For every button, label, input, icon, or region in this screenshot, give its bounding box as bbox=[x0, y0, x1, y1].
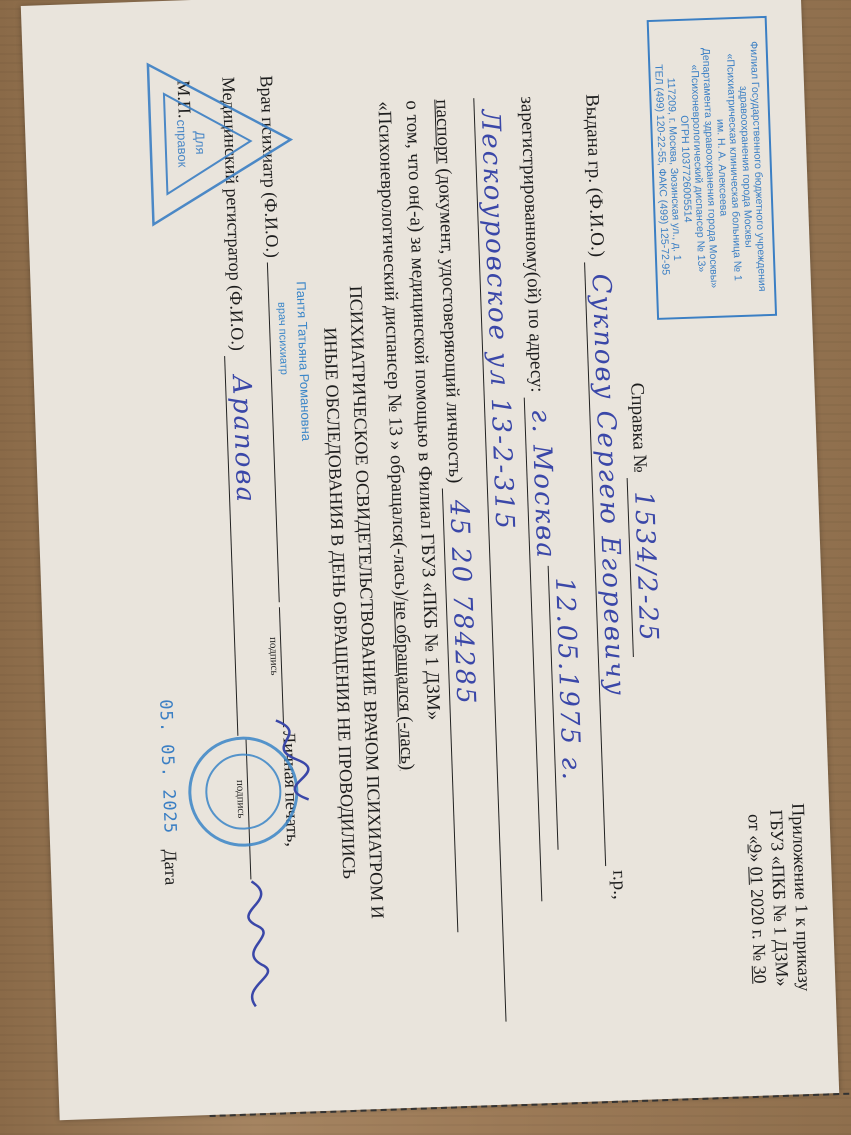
triangle-stamp-text-1: Для bbox=[192, 130, 208, 154]
appendix-day: 9 bbox=[745, 843, 765, 853]
address-label: зарегистрированному(ой) по адресу: bbox=[516, 95, 547, 392]
registrar-signature-icon bbox=[221, 875, 286, 1017]
full-name-value: Сукповy Сергею Егоревичу bbox=[584, 261, 636, 866]
certificate-number: 1534/2-25 bbox=[627, 476, 664, 656]
certificate-title: Справка № 1534/2-25 bbox=[624, 382, 664, 657]
appendix-note: Приложение 1 к приказу ГБУЗ «ПКБ № 1 ДЗМ… bbox=[741, 746, 817, 1048]
psychiatrist-stamp-name: Пантя Татьяна Романовна bbox=[294, 281, 315, 441]
passport-label: паспорт bbox=[431, 98, 454, 163]
passport-label-rest: (документ, удостоверяющий личность) bbox=[434, 167, 466, 483]
institution-stamp: Филиал Государственного бюджетного учреж… bbox=[647, 15, 777, 319]
triangle-stamp-text-2: справок bbox=[174, 119, 191, 167]
appendix-mid: » bbox=[746, 852, 766, 862]
psychiatrist-signature-field: подпись bbox=[279, 606, 306, 727]
appendix-year: 2020 г. № bbox=[747, 888, 770, 961]
certificate-document: Филиал Государственного бюджетного учреж… bbox=[31, 0, 828, 1102]
signature-caption: подпись bbox=[267, 636, 280, 675]
appendix-prefix: от « bbox=[744, 813, 765, 844]
birth-label: г.р., bbox=[608, 869, 630, 899]
psychiatrist-name-field: Пантя Татьяна Романовна врач психиатр bbox=[267, 261, 302, 602]
triangle-stamp: Для справок bbox=[143, 54, 299, 229]
certificate-sheet: Филиал Государственного бюджетного учреж… bbox=[21, 0, 839, 1120]
date-value: 05. 05. 2025 bbox=[155, 698, 180, 833]
psychiatrist-signature-icon bbox=[256, 714, 319, 806]
registrar-name-value: Арапова bbox=[224, 354, 268, 735]
date-label: Дата bbox=[159, 848, 181, 885]
appendix-order-number: 30 bbox=[750, 965, 771, 984]
psychiatrist-stamp-title: врач психиатр bbox=[275, 301, 290, 374]
appendix-month: 01 bbox=[746, 866, 767, 885]
issued-label: Выдана гр. (Ф.И.О.) bbox=[581, 93, 608, 257]
certificate-title-label: Справка № bbox=[626, 382, 650, 473]
